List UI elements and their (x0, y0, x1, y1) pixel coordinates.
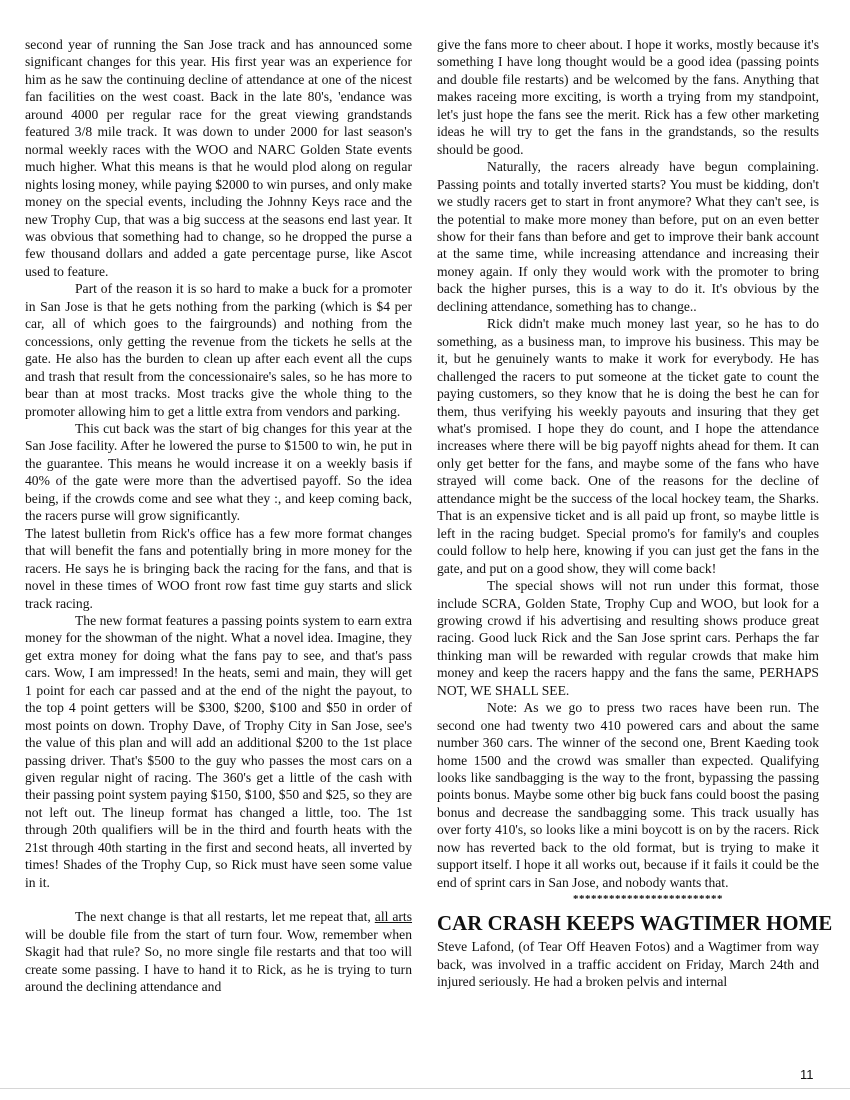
article-paragraph: The new format features a passing points… (25, 612, 412, 891)
article-paragraph: give the fans more to cheer about. I hop… (437, 36, 819, 158)
article-paragraph: The next change is that all restarts, le… (25, 908, 412, 995)
article-paragraph: The latest bulletin from Rick's office h… (25, 525, 412, 612)
article-paragraph: second year of running the San Jose trac… (25, 36, 412, 280)
article-paragraph: Rick didn't make much money last year, s… (437, 315, 819, 577)
right-column: give the fans more to cheer about. I hop… (437, 36, 819, 991)
article-paragraph: This cut back was the start of big chang… (25, 420, 412, 525)
article-headline: CAR CRASH KEEPS WAGTIMER HOME (437, 912, 819, 936)
section-separator: ************************* (437, 893, 819, 906)
article-paragraph: Naturally, the racers already have begun… (437, 158, 819, 315)
underlined-emphasis: all arts (375, 909, 412, 924)
article-paragraph: Steve Lafond, (of Tear Off Heaven Fotos)… (437, 938, 819, 990)
page-bottom-rule (0, 1088, 850, 1089)
left-column: second year of running the San Jose trac… (25, 36, 412, 995)
document-page: second year of running the San Jose trac… (0, 0, 850, 1100)
article-paragraph: The special shows will not run under thi… (437, 577, 819, 699)
article-paragraph: Note: As we go to press two races have b… (437, 699, 819, 891)
article-paragraph: Part of the reason it is so hard to make… (25, 280, 412, 420)
paragraph-text: The next change is that all restarts, le… (75, 909, 375, 924)
page-number: 11 (800, 1067, 814, 1082)
paragraph-text: will be double file from the start of tu… (25, 927, 412, 994)
